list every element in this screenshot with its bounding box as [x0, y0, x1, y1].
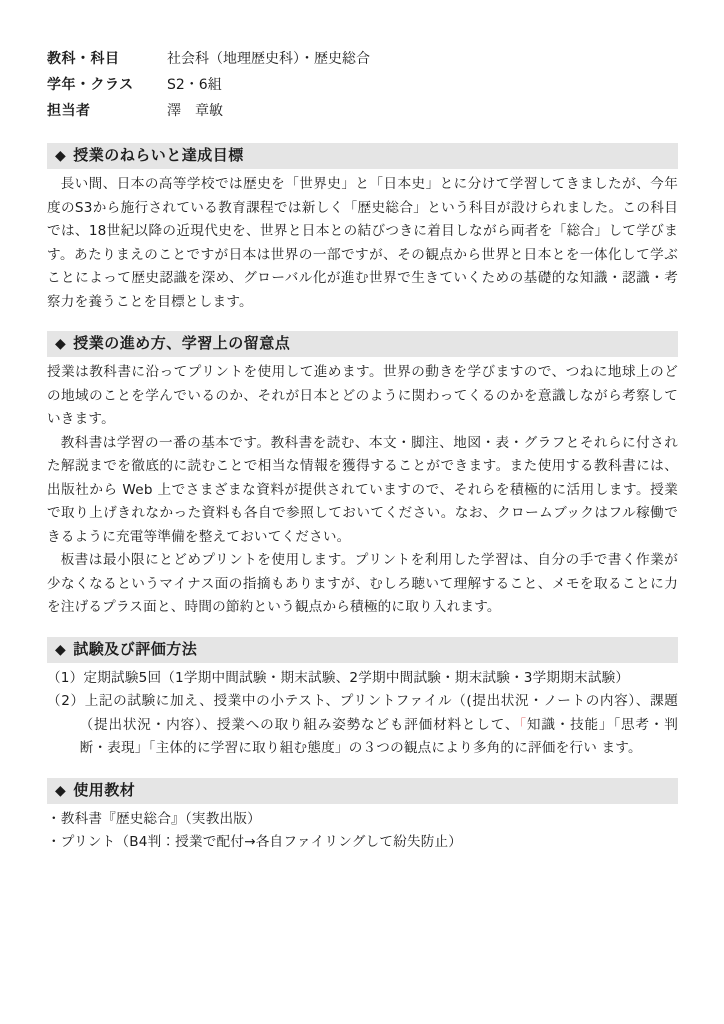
section-method: ◆授業の進め方、学習上の留意点 授業は教科書に沿ってプリントを使用して進めます。…: [47, 331, 678, 620]
diamond-icon: ◆: [55, 148, 66, 164]
section-header-method: ◆授業の進め方、学習上の留意点: [47, 331, 678, 357]
section-header-evaluation: ◆試験及び評価方法: [47, 637, 678, 663]
meta-row-subject: 教科・科目 社会科（地理歴史科）・歴史総合: [47, 46, 678, 72]
section-body-method: 授業は教科書に沿ってプリントを使用して進めます。世界の動きを学びますので、つねに…: [47, 361, 678, 620]
meta-row-grade-class: 学年・クラス S2・6組: [47, 72, 678, 98]
diamond-icon: ◆: [55, 783, 66, 799]
section-title-aims: 授業のねらいと達成目標: [73, 146, 244, 164]
red-open-bracket: 「: [519, 717, 527, 733]
section-header-materials: ◆使用教材: [47, 778, 678, 804]
syllabus-page: 教科・科目 社会科（地理歴史科）・歴史総合 学年・クラス S2・6組 担当者 澤…: [0, 0, 724, 1024]
meta-value-subject: 社会科（地理歴史科）・歴史総合: [167, 46, 370, 72]
section-body-evaluation: （1）定期試験5回（1学期中間試験・期末試験、2学期中間試験・期末試験・3学期期…: [47, 667, 678, 761]
meta-table: 教科・科目 社会科（地理歴史科）・歴史総合 学年・クラス S2・6組 担当者 澤…: [47, 46, 678, 124]
meta-value-grade-class: S2・6組: [167, 72, 222, 98]
section-aims: ◆授業のねらいと達成目標 長い間、日本の高等学校では歴史を「世界史」と「日本史」…: [47, 143, 678, 314]
section-evaluation: ◆試験及び評価方法 （1）定期試験5回（1学期中間試験・期末試験、2学期中間試験…: [47, 637, 678, 761]
evaluation-item-1: （1）定期試験5回（1学期中間試験・期末試験、2学期中間試験・期末試験・3学期期…: [47, 667, 678, 691]
meta-value-teacher: 澤 章敏: [167, 98, 223, 124]
method-paragraph-2: 教科書は学習の一番の基本です。教科書を読む、本文・脚注、地図・表・グラフとそれら…: [47, 432, 678, 550]
evaluation-item-2: （2）上記の試験に加え、授業中の小テスト、プリントファイル（(提出状況・ノートの…: [47, 690, 678, 761]
aims-paragraph: 長い間、日本の高等学校では歴史を「世界史」と「日本史」とに分けて学習してきました…: [47, 173, 678, 314]
diamond-icon: ◆: [55, 642, 66, 658]
section-materials: ◆使用教材 ・教科書『歴史総合』（実教出版） ・プリント（B4判：授業で配付→各…: [47, 778, 678, 855]
diamond-icon: ◆: [55, 336, 66, 352]
method-paragraph-3: 板書は最小限にとどめプリントを使用します。プリントを利用した学習は、自分の手で書…: [47, 549, 678, 620]
method-paragraph-1: 授業は教科書に沿ってプリントを使用して進めます。世界の動きを学びますので、つねに…: [47, 361, 678, 432]
section-body-materials: ・教科書『歴史総合』（実教出版） ・プリント（B4判：授業で配付→各自ファイリン…: [47, 808, 678, 855]
section-header-aims: ◆授業のねらいと達成目標: [47, 143, 678, 169]
meta-label-subject: 教科・科目: [47, 46, 167, 72]
meta-label-grade-class: 学年・クラス: [47, 72, 167, 98]
section-body-aims: 長い間、日本の高等学校では歴史を「世界史」と「日本史」とに分けて学習してきました…: [47, 173, 678, 314]
section-title-method: 授業の進め方、学習上の留意点: [73, 334, 290, 352]
section-title-materials: 使用教材: [73, 781, 135, 799]
meta-label-teacher: 担当者: [47, 98, 167, 124]
materials-item-print: ・プリント（B4判：授業で配付→各自ファイリングして紛失防止）: [47, 831, 678, 855]
meta-row-teacher: 担当者 澤 章敏: [47, 98, 678, 124]
materials-item-textbook: ・教科書『歴史総合』（実教出版）: [47, 808, 678, 832]
section-title-evaluation: 試験及び評価方法: [73, 640, 197, 658]
